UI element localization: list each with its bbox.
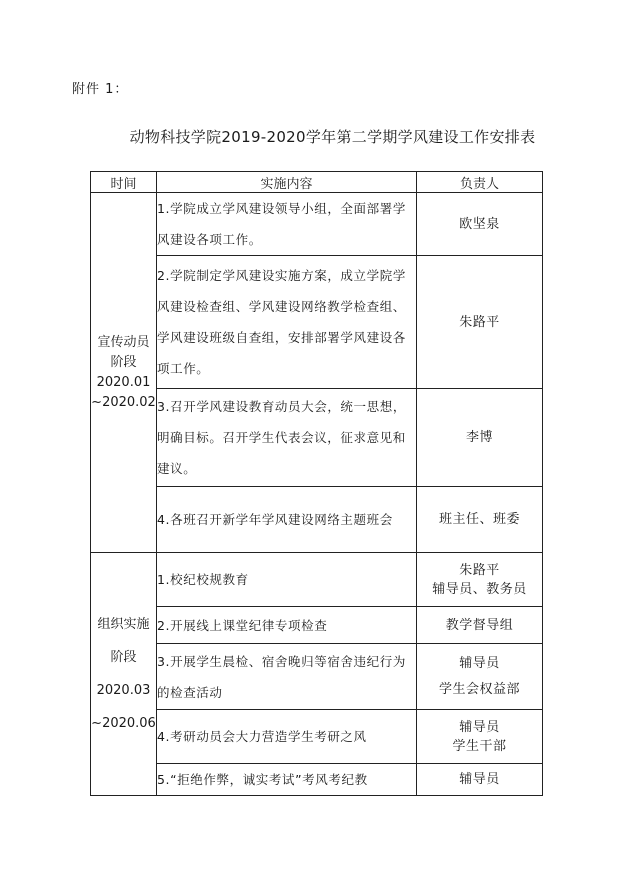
table-row: 宣传动员 阶段 2020.01 ~2020.02 1.学院成立学风建设领导小组，… — [91, 193, 543, 256]
owner-name: 朱路平 — [417, 561, 542, 580]
table-row: 2.开展线上课堂纪律专项检查 教学督导组 — [91, 607, 543, 644]
attachment-label: 附件 1： — [72, 78, 128, 97]
owner-cell: 朱路平 — [417, 256, 543, 389]
content-cell: 5.“拒绝作弊，诚实考试”考风考纪教 — [157, 764, 417, 796]
content-cell: 3.开展学生晨检、宿舍晚归等宿舍违纪行为的检查活动 — [157, 644, 417, 710]
owner-cell: 李博 — [417, 389, 543, 487]
owner-cell: 辅导员 学生会权益部 — [417, 644, 543, 710]
content-cell: 2.学院制定学风建设实施方案，成立学院学风建设检查组、学风建设网络教学检查组、学… — [157, 256, 417, 389]
table-row: 3.召开学风建设教育动员大会，统一思想，明确目标。召开学生代表会议，征求意见和建… — [91, 389, 543, 487]
table-row: 2.学院制定学风建设实施方案，成立学院学风建设检查组、学风建设网络教学检查组、学… — [91, 256, 543, 389]
table-row: 4.各班召开新学年学风建设网络主题班会 班主任、班委 — [91, 487, 543, 553]
content-cell: 3.召开学风建设教育动员大会，统一思想，明确目标。召开学生代表会议，征求意见和建… — [157, 389, 417, 487]
phase-name: 阶段 — [91, 353, 156, 373]
owner-name: 辅导员 — [417, 770, 542, 789]
phase-cell-implementation: 组织实施 阶段 2020.03 ~2020.06 — [91, 553, 157, 796]
header-content: 实施内容 — [157, 172, 417, 193]
table-row: 组织实施 阶段 2020.03 ~2020.06 1.校纪校规教育 朱路平 辅导… — [91, 553, 543, 607]
owner-cell: 班主任、班委 — [417, 487, 543, 553]
content-cell: 2.开展线上课堂纪律专项检查 — [157, 607, 417, 644]
content-cell: 1.学院成立学风建设领导小组，全面部署学风建设各项工作。 — [157, 193, 417, 256]
table-row: 4.考研动员会大力营造学生考研之风 辅导员 学生干部 — [91, 710, 543, 764]
table-row: 5.“拒绝作弊，诚实考试”考风考纪教 辅导员 — [91, 764, 543, 796]
owner-name: 欧坚泉 — [417, 215, 542, 234]
owner-name: 班主任、班委 — [417, 510, 542, 529]
phase-name: 组织实施 — [91, 608, 156, 641]
owner-cell: 教学督导组 — [417, 607, 543, 644]
owner-name: 辅导员 — [417, 718, 542, 737]
table-row: 3.开展学生晨检、宿舍晚归等宿舍违纪行为的检查活动 辅导员 学生会权益部 — [91, 644, 543, 710]
header-owner: 负责人 — [417, 172, 543, 193]
schedule-table: 时间 实施内容 负责人 宣传动员 阶段 2020.01 ~2020.02 1.学… — [90, 171, 543, 796]
content-cell: 4.各班召开新学年学风建设网络主题班会 — [157, 487, 417, 553]
owner-cell: 朱路平 辅导员、教务员 — [417, 553, 543, 607]
owner-cell: 辅导员 学生干部 — [417, 710, 543, 764]
owner-cell: 辅导员 — [417, 764, 543, 796]
owner-name: 辅导员、教务员 — [417, 580, 542, 599]
table-header-row: 时间 实施内容 负责人 — [91, 172, 543, 193]
content-cell: 1.校纪校规教育 — [157, 553, 417, 607]
phase-name: 宣传动员 — [91, 333, 156, 353]
phase-date-end: ~2020.06 — [91, 707, 156, 740]
phase-date-end: ~2020.02 — [91, 393, 156, 413]
owner-name: 朱路平 — [417, 313, 542, 332]
phase-date-start: 2020.03 — [91, 674, 156, 707]
document-title: 动物科技学院2019-2020学年第二学期学风建设工作安排表 — [0, 126, 621, 147]
owner-name: 李博 — [417, 428, 542, 447]
header-time: 时间 — [91, 172, 157, 193]
owner-name: 辅导员 — [417, 651, 542, 677]
owner-name: 学生干部 — [417, 737, 542, 756]
owner-name: 教学督导组 — [417, 616, 542, 635]
owner-cell: 欧坚泉 — [417, 193, 543, 256]
phase-name: 阶段 — [91, 641, 156, 674]
content-cell: 4.考研动员会大力营造学生考研之风 — [157, 710, 417, 764]
owner-name: 学生会权益部 — [417, 677, 542, 703]
phase-date-start: 2020.01 — [91, 373, 156, 393]
phase-cell-publicity: 宣传动员 阶段 2020.01 ~2020.02 — [91, 193, 157, 553]
